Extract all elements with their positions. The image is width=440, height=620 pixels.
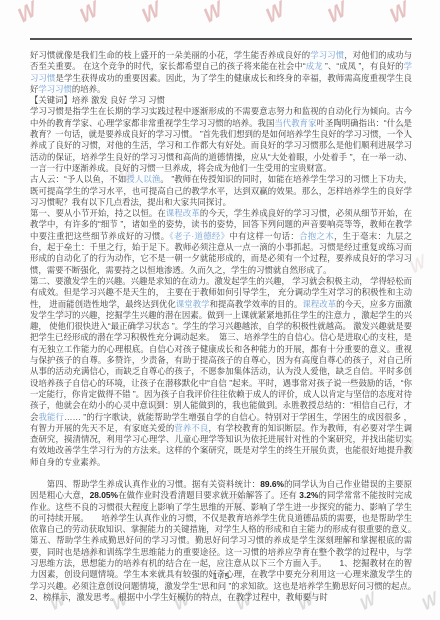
text-run: 第四、帮助学生养成认真作业的习惯。据有关资料统计： [47,479,260,489]
highlighted-term[interactable]: 当代教育家 [274,118,316,128]
paragraph: 好习惯就像是我们生命的枝上盛开的一朵美丽的小花，学生能否养成良好的学习习惯，对他… [30,50,412,95]
paragraph: 学习习惯是指学生在长期的学习实践过程中逐渐形成的不需要意志努力和监视的自动化行为… [30,106,412,174]
watermark-mark: W [325,0,349,30]
highlighted-term[interactable]: 成龙 [306,61,323,71]
text-run: 在做作业时没看清题目要求就开始解答了。还有 [118,490,299,500]
watermark-mark: W [201,0,225,30]
text-run: 和提高教学效率的目的。 [210,299,303,309]
paragraph: 古人云：“予人以鱼，不如授人以渔。 ”教师在传授知识的同时，如能在培养学生学习的… [30,174,412,208]
text-run: 的今天，应多方面激发学生学习的兴趣，挖掘学生兴趣的潜在因素。做到一上课就紧紧地抓… [30,299,412,422]
highlighted-term[interactable]: 课程改革 [166,208,200,218]
text-run: 古人云：“予人以鱼，不如 [30,174,126,184]
watermark-mark: W [77,0,101,30]
highlighted-term[interactable]: 授人以渔 [126,174,160,184]
watermark-mark: W [263,0,287,30]
document-page: WWWWWWW WWWWWWWWWW WWWWWWW 好习惯就像是我们生命的枝上… [0,0,440,620]
text-run: 的培养。 [72,84,106,94]
highlighted-term[interactable]: 合抱之木 [299,231,334,241]
paragraph: 第四、帮助学生养成认真作业的习惯。据有关资料统计：89.6%的同学认为自己作业错… [30,479,412,603]
header-divider-line [30,38,412,40]
watermark-mark: W [15,0,39,30]
paragraph: 第二、要激发学生的兴趣。兴趣是求知的在动力。激发起学生的兴趣， 学习就会积极主动… [30,276,412,468]
watermark-mark: W [139,0,163,30]
text-run: 28.05% [90,490,118,500]
paragraph: 【关键词】培养 激发 良好 学习 习惯 [30,95,412,106]
text-run: 【关键词】培养 激发 良好 学习 习惯 [30,95,165,105]
highlighted-term[interactable]: 学习习惯 [310,50,344,60]
text-run: 3.2% [299,490,318,500]
document-body: 好习惯就像是我们生命的枝上盛开的一朵美丽的小花，学生能否养成良好的学习习惯，对他… [30,50,412,603]
text-run: 好习惯就像是我们生命的枝上盛开的一朵美丽的小花，学生能否养成良好的 [30,50,310,60]
text-run: 89.6% [260,479,284,489]
highlighted-term[interactable]: 课程改革 [302,299,336,309]
highlighted-term[interactable]: 营养不良 [174,423,208,433]
text-run: ”、“成凤 ”，有良好的 [323,61,404,71]
highlighted-term[interactable]: 我能行 [39,412,65,422]
text-run: 中有这样一句话： [229,231,299,241]
watermark-mark: W [420,588,440,616]
highlighted-term[interactable]: 课堂教学 [176,299,210,309]
paragraph: 第一、要从小节开始，持之以恒。在课程改革的今天，学生养成良好的学习习惯，必须从细… [30,208,412,276]
watermark-mark: W [387,0,411,30]
text-run: 的同学常常不能按时完成作业。这些不良的习惯很大程度上影响了学生思维的开展、影响了… [30,490,429,602]
highlighted-term[interactable]: 《老子·道德经》 [169,231,229,241]
highlighted-term[interactable]: 学习习惯 [38,84,72,94]
page-number: 1 / 5 [30,571,412,581]
text-run: 第一、要从小节开始，持之以恒。在 [30,208,166,218]
